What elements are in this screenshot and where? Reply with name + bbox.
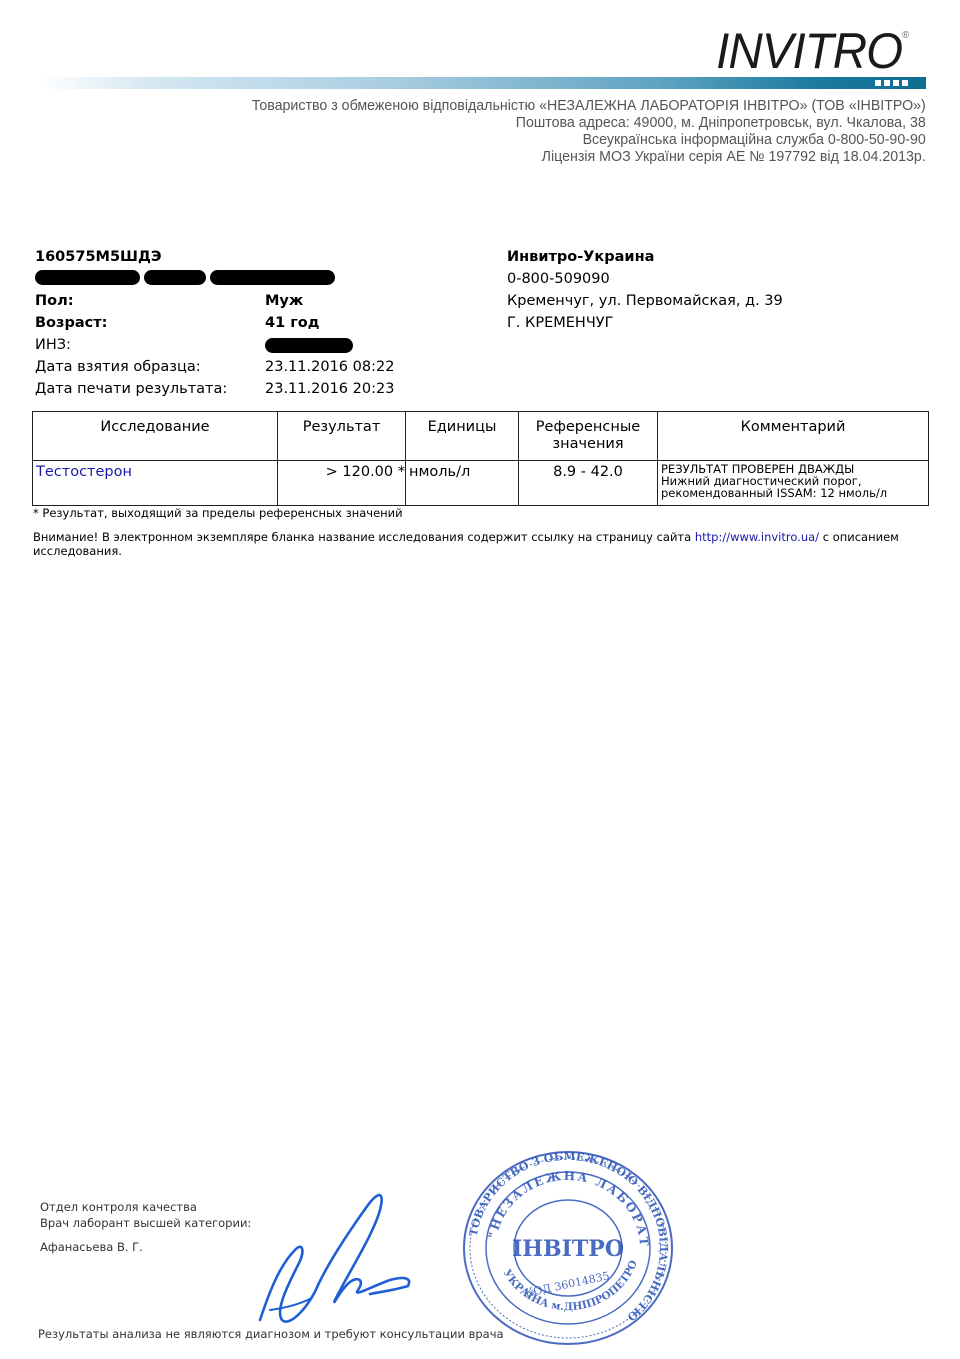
table-header-row: Исследование Результат Единицы Референсн… [33,412,929,461]
company-address: Поштова адреса: 49000, м. Дніпропетровсь… [252,115,926,132]
lab-info: Инвитро-Украина 0-800-509090 Кременчуг, … [507,246,783,334]
signer-name: Афанасьева В. Г. [40,1239,251,1255]
notice: Внимание! В электронном экземпляре бланк… [33,530,913,558]
svg-text:ІНВІТРО: ІНВІТРО [512,1236,624,1262]
patient-name-redacted [35,268,394,290]
brand-bar [40,77,926,89]
col-comment: Комментарий [658,412,929,461]
company-name: Товариство з обмеженою відповідальністю … [252,98,926,115]
field-age: Возраст: 41 год [35,312,394,334]
field-sample-date: Дата взятия образца: 23.11.2016 08:22 [35,356,394,378]
table-row: Тестостерон > 120.00 * нмоль/л 8.9 - 42.… [33,461,929,506]
cell-units: нмоль/л [406,461,519,506]
col-test: Исследование [33,412,278,461]
company-hotline: Всеукраїнська інформаційна служба 0-800-… [252,132,926,149]
cell-result: > 120.00 * [278,461,406,506]
field-print-date: Дата печати результата: 23.11.2016 20:23 [35,378,394,400]
invitro-website-link[interactable]: http://www.invitro.ua/ [695,530,819,544]
signature-block: Отдел контроля качества Врач лаборант вы… [40,1199,251,1255]
footnote: * Результат, выходящий за пределы рефере… [33,506,403,520]
handwritten-signature-icon [240,1180,420,1340]
position: Врач лаборант высшей категории: [40,1215,251,1231]
company-info: Товариство з обмеженою відповідальністю … [252,98,926,166]
invitro-logo: INVITRO® [716,22,908,80]
order-id: 160575M5ШДЭ [35,246,394,268]
department: Отдел контроля качества [40,1199,251,1215]
lab-name: Инвитро-Украина [507,246,783,268]
cell-test: Тестостерон [33,461,278,506]
col-units: Единицы [406,412,519,461]
brand-squares-icon [875,80,908,86]
official-stamp-icon: ТОВАРИСТВО З ОБМЕЖЕНОЮ ВІДПОВІДАЛЬНІСТЮ … [458,1148,678,1348]
results-table: Исследование Результат Единицы Референсн… [32,411,929,506]
disclaimer: Результаты анализа не являются диагнозом… [38,1327,504,1341]
col-result: Результат [278,412,406,461]
field-sex: Пол: Муж [35,290,394,312]
inz-redacted [265,338,353,353]
cell-reference: 8.9 - 42.0 [519,461,658,506]
field-inz: ИНЗ: [35,334,394,356]
cell-comment: РЕЗУЛЬТАТ ПРОВЕРЕН ДВАЖДЫ Нижний диагнос… [658,461,929,506]
lab-address: Кременчуг, ул. Первомайская, д. 39 [507,290,783,312]
company-license: Ліцензія МОЗ України серія АЕ № 197792 в… [252,149,926,166]
lab-phone: 0-800-509090 [507,268,783,290]
test-link[interactable]: Тестостерон [36,464,132,480]
lab-city: Г. КРЕМЕНЧУГ [507,312,783,334]
patient-info: 160575M5ШДЭ Пол: Муж Возраст: 41 год ИНЗ… [35,246,394,400]
col-reference: Референсные значения [519,412,658,461]
